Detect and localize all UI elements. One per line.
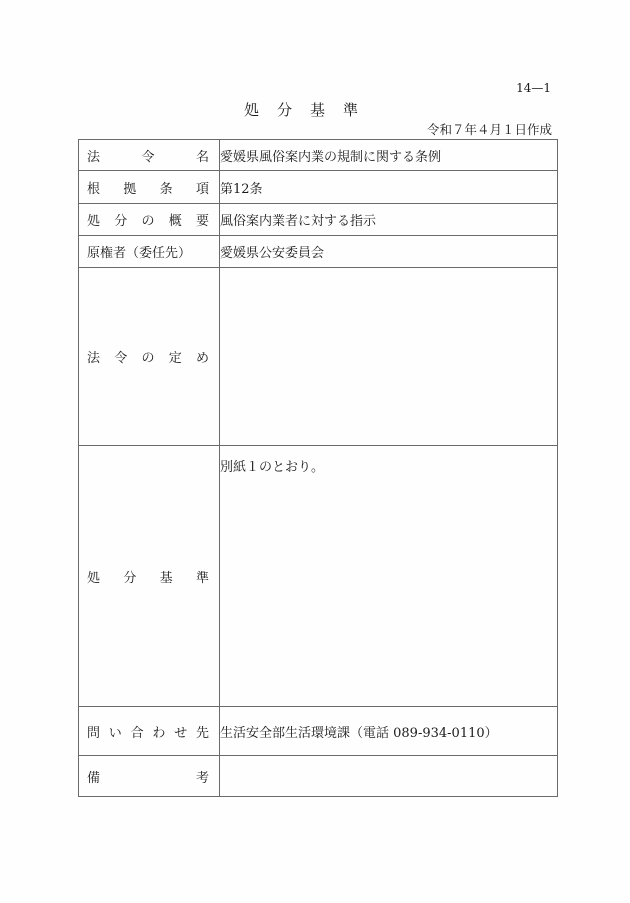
- table-row-disposition-standard: 処 分 基 準 別紙１のとおり。: [79, 446, 558, 707]
- label-char: 法: [87, 146, 100, 165]
- row-value: [220, 268, 558, 446]
- label-char: 準: [196, 567, 209, 586]
- table-row-basis-article: 根 拠 条 項 第12条: [79, 171, 558, 204]
- row-label: 備 考: [79, 756, 220, 797]
- table-row-remarks: 備 考: [79, 756, 558, 797]
- basis-article-value: 第12条: [220, 182, 263, 197]
- row-label: 根 拠 条 項: [79, 171, 220, 204]
- disposition-standard-value: 別紙１のとおり。: [220, 446, 557, 475]
- label-char: 法: [87, 347, 100, 366]
- created-date: 令和７年４月１日作成: [427, 120, 552, 138]
- label-char: 根: [87, 178, 100, 197]
- label-char: 令: [114, 347, 127, 366]
- row-label: 原権者（委任先）: [79, 236, 220, 268]
- label-char: 備: [87, 767, 100, 786]
- label-char: の: [141, 210, 154, 229]
- label-char: め: [196, 347, 209, 366]
- row-value: 生活安全部生活環境課（電話 089-934-0110）: [220, 707, 558, 756]
- label-char: 基: [160, 567, 173, 586]
- label-char: 拠: [123, 178, 136, 197]
- table-row-original-authority: 原権者（委任先） 愛媛県公安委員会: [79, 236, 558, 268]
- row-value: 愛媛県風俗案内業の規制に関する条例: [220, 140, 558, 171]
- label-char: 概: [169, 210, 182, 229]
- label-char: 分: [123, 567, 136, 586]
- label-char: 合: [131, 722, 144, 741]
- disposition-standard-table: 法 令 名 愛媛県風俗案内業の規制に関する条例 根 拠 条 項 第12条 処 分…: [78, 139, 558, 797]
- label-char: わ: [152, 722, 165, 741]
- label-char: 処: [87, 210, 100, 229]
- row-value: 第12条: [220, 171, 558, 204]
- table-row-contact: 問 い 合 わ せ 先 生活安全部生活環境課（電話 089-934-0110）: [79, 707, 558, 756]
- row-value: 愛媛県公安委員会: [220, 236, 558, 268]
- page-number: 14—1: [516, 81, 551, 95]
- table-row-law-name: 法 令 名 愛媛県風俗案内業の規制に関する条例: [79, 140, 558, 171]
- label-char: 先: [196, 722, 209, 741]
- disposition-summary-value: 風俗案内業者に対する指示: [220, 214, 376, 229]
- row-label: 法 令 の 定 め: [79, 268, 220, 446]
- document-title: 処分基準: [244, 99, 376, 120]
- label-char: 名: [196, 146, 209, 165]
- row-value: 風俗案内業者に対する指示: [220, 204, 558, 236]
- label-char: 問: [87, 722, 100, 741]
- label-char: い: [109, 722, 122, 741]
- label-char: 条: [160, 178, 173, 197]
- contact-value: 生活安全部生活環境課（電話 089-934-0110）: [220, 726, 498, 741]
- law-name-value: 愛媛県風俗案内業の規制に関する条例: [220, 150, 441, 165]
- row-value: [220, 756, 558, 797]
- table-row-disposition-summary: 処 分 の 概 要 風俗案内業者に対する指示: [79, 204, 558, 236]
- row-label: 問 い 合 わ せ 先: [79, 707, 220, 756]
- row-label: 法 令 名: [79, 140, 220, 171]
- label-char: せ: [174, 722, 187, 741]
- label-char: 処: [87, 567, 100, 586]
- label-char: 定: [169, 347, 182, 366]
- row-label: 処 分 の 概 要: [79, 204, 220, 236]
- label-char: の: [141, 347, 154, 366]
- row-value: 別紙１のとおり。: [220, 446, 558, 707]
- label-char: 考: [196, 767, 209, 786]
- label-char: 分: [114, 210, 127, 229]
- original-authority-value: 愛媛県公安委員会: [220, 246, 324, 261]
- label-text: 原権者（委任先）: [87, 242, 191, 261]
- label-char: 令: [141, 146, 154, 165]
- row-label: 処 分 基 準: [79, 446, 220, 707]
- label-char: 要: [196, 210, 209, 229]
- label-char: 項: [196, 178, 209, 197]
- table-row-legal-provisions: 法 令 の 定 め: [79, 268, 558, 446]
